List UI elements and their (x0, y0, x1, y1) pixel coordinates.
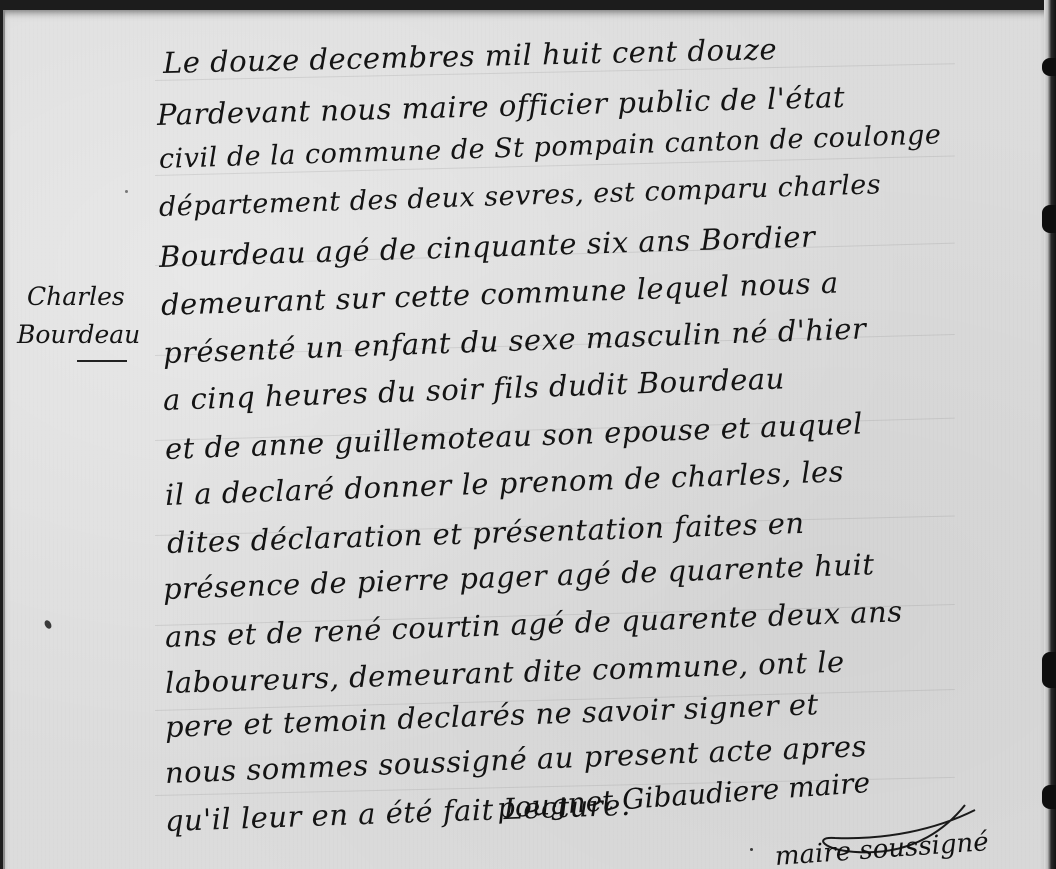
record-line: Pardevant nous maire officier public de … (157, 80, 846, 132)
binding-clip (1042, 58, 1056, 76)
ink-speck (125, 190, 128, 193)
document-page: Charles Bourdeau Le douze decembres mil … (3, 10, 1045, 869)
ink-speck (43, 619, 53, 630)
record-line: ans et de rené courtin agé de quarente d… (164, 594, 903, 654)
record-line: a cinq heures du soir fils dudit Bourdea… (162, 361, 785, 417)
record-line: demeurant sur cette commune lequel nous … (160, 266, 839, 322)
margin-name-annotation: Charles Bourdeau (17, 278, 140, 362)
margin-given-name: Charles (17, 278, 140, 316)
margin-surname: Bourdeau (17, 316, 140, 354)
ink-speck (750, 848, 753, 851)
record-line: dites déclaration et présentation faites… (166, 506, 805, 560)
record-line: Bourdeau agé de cinquante six ans Bordie… (158, 219, 815, 274)
page-right-edge (1044, 0, 1056, 869)
binding-clip (1042, 785, 1056, 809)
record-line: il a declaré donner le prenom de charles… (164, 454, 844, 512)
margin-underline (77, 360, 127, 362)
binding-clip (1042, 652, 1056, 688)
binding-clip (1042, 205, 1056, 233)
record-line: Le douze decembres mil huit cent douze (163, 32, 778, 80)
record-line: département des deux sevres, est comparu… (159, 169, 882, 223)
